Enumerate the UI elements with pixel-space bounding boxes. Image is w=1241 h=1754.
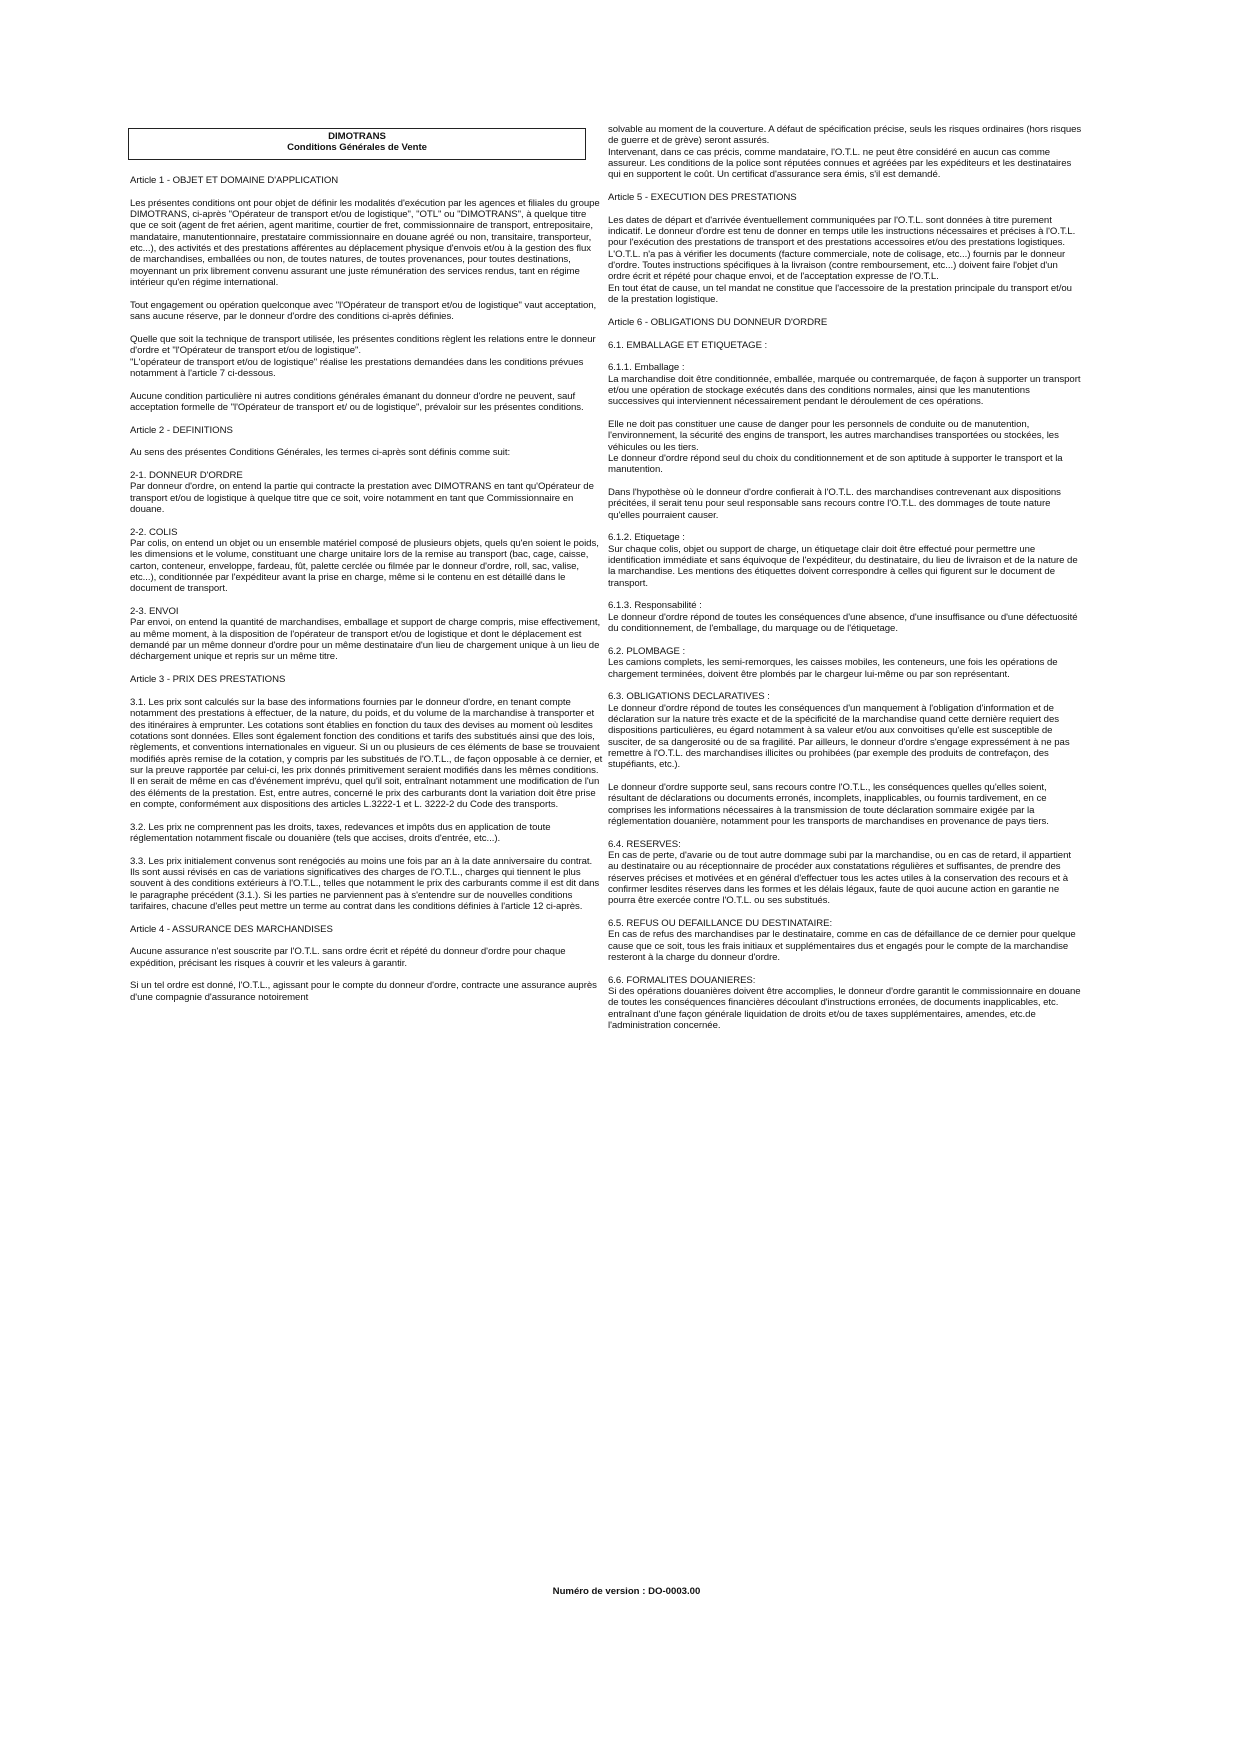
section-6-4-heading: 6.4. RESERVES: — [608, 839, 1082, 850]
article-1-paragraph: Les présentes conditions ont pour objet … — [130, 198, 604, 289]
section-6-1-heading: 6.1. EMBALLAGE ET ETIQUETAGE : — [608, 340, 1082, 351]
article-1-paragraph: Aucune condition particulière ni autres … — [130, 391, 604, 414]
section-6-1-1-text: La marchandise doit être conditionnée, e… — [608, 374, 1082, 408]
section-6-1-3-heading: 6.1.3. Responsabilité : — [608, 600, 1082, 611]
section-2-2-heading: 2-2. COLIS — [130, 527, 604, 538]
company-name: DIMOTRANS — [129, 131, 585, 142]
article-2-heading: Article 2 - DEFINITIONS — [130, 425, 604, 436]
section-6-1-2-heading: 6.1.2. Etiquetage : — [608, 532, 1082, 543]
article-1-heading: Article 1 - OBJET ET DOMAINE D'APPLICATI… — [130, 175, 604, 186]
article-1-paragraph: Quelle que soit la technique de transpor… — [130, 334, 604, 379]
article-2-intro: Au sens des présentes Conditions Général… — [130, 447, 604, 458]
article-4-continuation: solvable au moment de la couverture. A d… — [608, 124, 1082, 181]
section-6-2-heading: 6.2. PLOMBAGE : — [608, 646, 1082, 657]
section-3-2-text: 3.2. Les prix ne comprennent pas les dro… — [130, 822, 604, 845]
article-3-heading: Article 3 - PRIX DES PRESTATIONS — [130, 674, 604, 685]
article-5-text: Les dates de départ et d'arrivée éventue… — [608, 215, 1082, 306]
article-4-paragraph: Si un tel ordre est donné, l'O.T.L., agi… — [130, 980, 604, 1003]
section-6-6-text: Si des opérations douanières doivent êtr… — [608, 986, 1082, 1031]
right-column: solvable au moment de la couverture. A d… — [608, 124, 1082, 1043]
article-4-heading: Article 4 - ASSURANCE DES MARCHANDISES — [130, 924, 604, 935]
document-page: DIMOTRANS Conditions Générales de Vente … — [0, 0, 1241, 1754]
section-6-3-text: Le donneur d'ordre supporte seul, sans r… — [608, 782, 1082, 827]
section-6-1-3-text: Le donneur d'ordre répond de toutes les … — [608, 612, 1082, 635]
document-title: Conditions Générales de Vente — [129, 142, 585, 153]
section-2-3-heading: 2-3. ENVOI — [130, 606, 604, 617]
section-3-3-text: 3.3. Les prix initialement convenus sont… — [130, 856, 604, 913]
section-6-3-heading: 6.3. OBLIGATIONS DECLARATIVES : — [608, 691, 1082, 702]
section-6-6-heading: 6.6. FORMALITES DOUANIERES: — [608, 975, 1082, 986]
section-3-1-text: 3.1. Les prix sont calculés sur la base … — [130, 697, 604, 810]
article-1-paragraph: Tout engagement ou opération quelconque … — [130, 300, 604, 323]
section-6-2-text: Les camions complets, les semi-remorques… — [608, 657, 1082, 680]
section-6-1-1-heading: 6.1.1. Emballage : — [608, 362, 1082, 373]
section-2-2-text: Par colis, on entend un objet ou un ense… — [130, 538, 604, 595]
section-2-3-text: Par envoi, on entend la quantité de marc… — [130, 617, 604, 662]
section-6-4-text: En cas de perte, d'avarie ou de tout aut… — [608, 850, 1082, 907]
article-5-heading: Article 5 - EXECUTION DES PRESTATIONS — [608, 192, 1082, 203]
title-box: DIMOTRANS Conditions Générales de Vente — [128, 128, 586, 160]
section-6-5-text: En cas de refus des marchandises par le … — [608, 929, 1082, 963]
section-6-1-1-text: Dans l'hypothèse où le donneur d'ordre c… — [608, 487, 1082, 521]
section-2-1-text: Par donneur d'ordre, on entend la partie… — [130, 481, 604, 515]
article-6-heading: Article 6 - OBLIGATIONS DU DONNEUR D'ORD… — [608, 317, 1082, 328]
section-2-1-heading: 2-1. DONNEUR D'ORDRE — [130, 470, 604, 481]
article-4-paragraph: Aucune assurance n'est souscrite par l'O… — [130, 946, 604, 969]
left-column: DIMOTRANS Conditions Générales de Vente … — [130, 128, 604, 1014]
section-6-1-1-text: Elle ne doit pas constituer une cause de… — [608, 419, 1082, 476]
section-6-5-heading: 6.5. REFUS OU DEFAILLANCE DU DESTINATAIR… — [608, 918, 1082, 929]
section-6-3-text: Le donneur d'ordre répond de toutes les … — [608, 703, 1082, 771]
section-6-1-2-text: Sur chaque colis, objet ou support de ch… — [608, 544, 1082, 589]
version-number: Numéro de version : DO-0003.00 — [0, 1586, 1241, 1597]
